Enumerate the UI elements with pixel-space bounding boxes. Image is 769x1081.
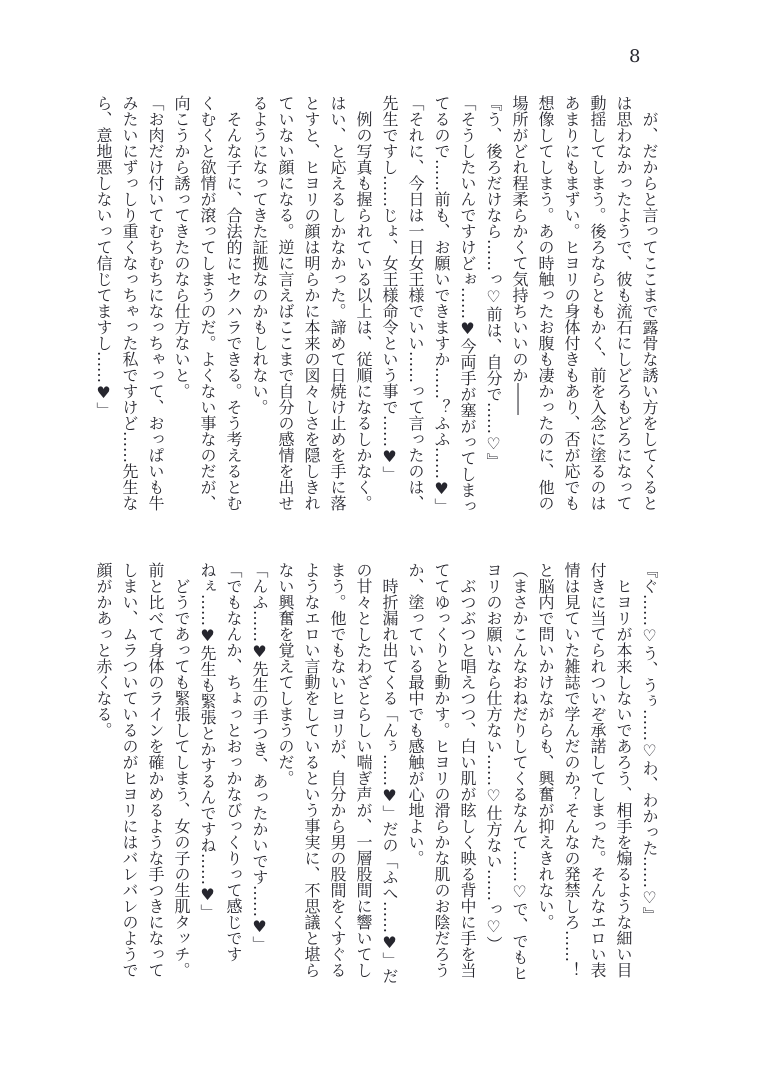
text-line: 前と比べて身体のラインを確かめるような手つきになって — [142, 562, 168, 982]
text-line: ヒヨリが本来しないであろう、相手を煽るような細い目 — [610, 562, 636, 982]
text-line: ようなエロい言動をしているという事実に、不思議と堪ら — [298, 562, 324, 982]
text-line: 「それに、今日は一日女王様でいい……って言ったのは、 — [402, 95, 428, 515]
text-line: 付きに当てられついぞ承諾してしまった。そんなエロい表 — [584, 562, 610, 982]
text-line: 「そうしたいんですけどぉ……♥今両手が塞がってしまっ — [454, 95, 480, 515]
text-line: 『ぐ……♡う、うぅ……♡わ、わかった……♡』 — [636, 562, 662, 982]
text-line: ていない顔になる。逆に言えばここまで自分の感情を出せ — [272, 95, 298, 515]
text-line: 動揺してしまう。後ろならともかく、前を入念に塗るのは — [584, 95, 610, 515]
text-line: 向こうから誘ってきたのなら仕方ないと。 — [168, 95, 194, 515]
text-line: ねぇ……♥先生も緊張とかするんですね……♥」 — [194, 562, 220, 982]
text-line: はい、と応えるしかなかった。諦めて日焼け止めを手に落 — [324, 95, 350, 515]
text-line: まう。他でもないヒヨリが、自分から男の股間をくすぐる — [324, 562, 350, 982]
text-line: ててゆっくりと動かす。ヒヨリの滑らかな肌のお陰だろう — [428, 562, 454, 982]
text-line: 時折漏れ出てくる「んぅ……♥」だの「ふへ……♥」だ — [376, 562, 402, 982]
text-line: 情は見ていた雑誌で学んだのか？そんなの発禁しろ……！ — [558, 562, 584, 982]
text-line: 想像してしまう。あの時触ったお腹も凄かったのに、他の — [532, 95, 558, 515]
text-block-top: が、だからと言ってここまで露骨な誘い方をしてくると は思わなかったようで、彼も流… — [90, 95, 662, 515]
text-line: 『う、後ろだけなら……っ♡前は、自分で……♡』 — [480, 95, 506, 515]
text-line: と脳内で問いかけながらも、興奮が抑えきれない。 — [532, 562, 558, 982]
text-line: ヨリのお願いなら仕方ない……♡仕方ない……っ♡） — [480, 562, 506, 982]
text-line: ない興奮を覚えてしまうのだ。 — [272, 562, 298, 982]
text-line: くむくと欲情が滾ってしまうのだ。よくない事なのだが、 — [194, 95, 220, 515]
text-line: 場所がどれ程柔らかくて気持ちいいのか―― — [506, 95, 532, 515]
text-line: てるので……前も、お願いできますか……？ふふ……♥」 — [428, 95, 454, 515]
text-line: 先生ですし……じょ、女王様命令という事で……♥」 — [376, 95, 402, 515]
text-line: 「んふ……♥先生の手つき、あったかいです……♥」 — [246, 562, 272, 982]
page-number: 8 — [629, 46, 640, 67]
text-line: 「お肉だけ付いてむちむちになっちゃって、おっぱいも牛 — [142, 95, 168, 515]
text-line: しまい、ムラついているのがヒヨリにはバレバレのようで — [116, 562, 142, 982]
text-line: ら、意地悪しないって信じてますし……♥」 — [90, 95, 116, 515]
text-line: そんな子に、合法的にセクハラできる。そう考えるとむ — [220, 95, 246, 515]
text-line: みたいにずっしり重くなっちゃった私ですけど……先生な — [116, 95, 142, 515]
text-block-bottom: 『ぐ……♡う、うぅ……♡わ、わかった……♡』 ヒヨリが本来しないであろう、相手を… — [90, 562, 662, 982]
text-line: るようになってきた証拠なのかもしれない。 — [246, 95, 272, 515]
text-line: とすと、ヒヨリの顔は明らかに本来の図々しさを隠しきれ — [298, 95, 324, 515]
text-line: の甘々としたわざとらしい喘ぎ声が、一層股間に響いてし — [350, 562, 376, 982]
text-line: あまりにもまずい。ヒヨリの身体付きもあり、否が応でも — [558, 95, 584, 515]
text-line: 顔がかあっと赤くなる。 — [90, 562, 116, 982]
text-line: ぶつぶつと唱えつつ、白い肌が眩しく映る背中に手を当 — [454, 562, 480, 982]
text-line: が、だからと言ってここまで露骨な誘い方をしてくると — [636, 95, 662, 515]
text-line: 例の写真も握られている以上は、従順になるしかなく。 — [350, 95, 376, 515]
text-line: （まさかこんなおねだりしてくるなんて……♡で、でもヒ — [506, 562, 532, 982]
text-line: 「でもなんか、ちょっとおっかなびっくりって感じです — [220, 562, 246, 982]
text-line: か、塗っている最中でも感触が心地よい。 — [402, 562, 428, 982]
text-line: どうであっても緊張してしまう、女の子の生肌タッチ。 — [168, 562, 194, 982]
text-line: は思わなかったようで、彼も流石にしどろもどろになって — [610, 95, 636, 515]
